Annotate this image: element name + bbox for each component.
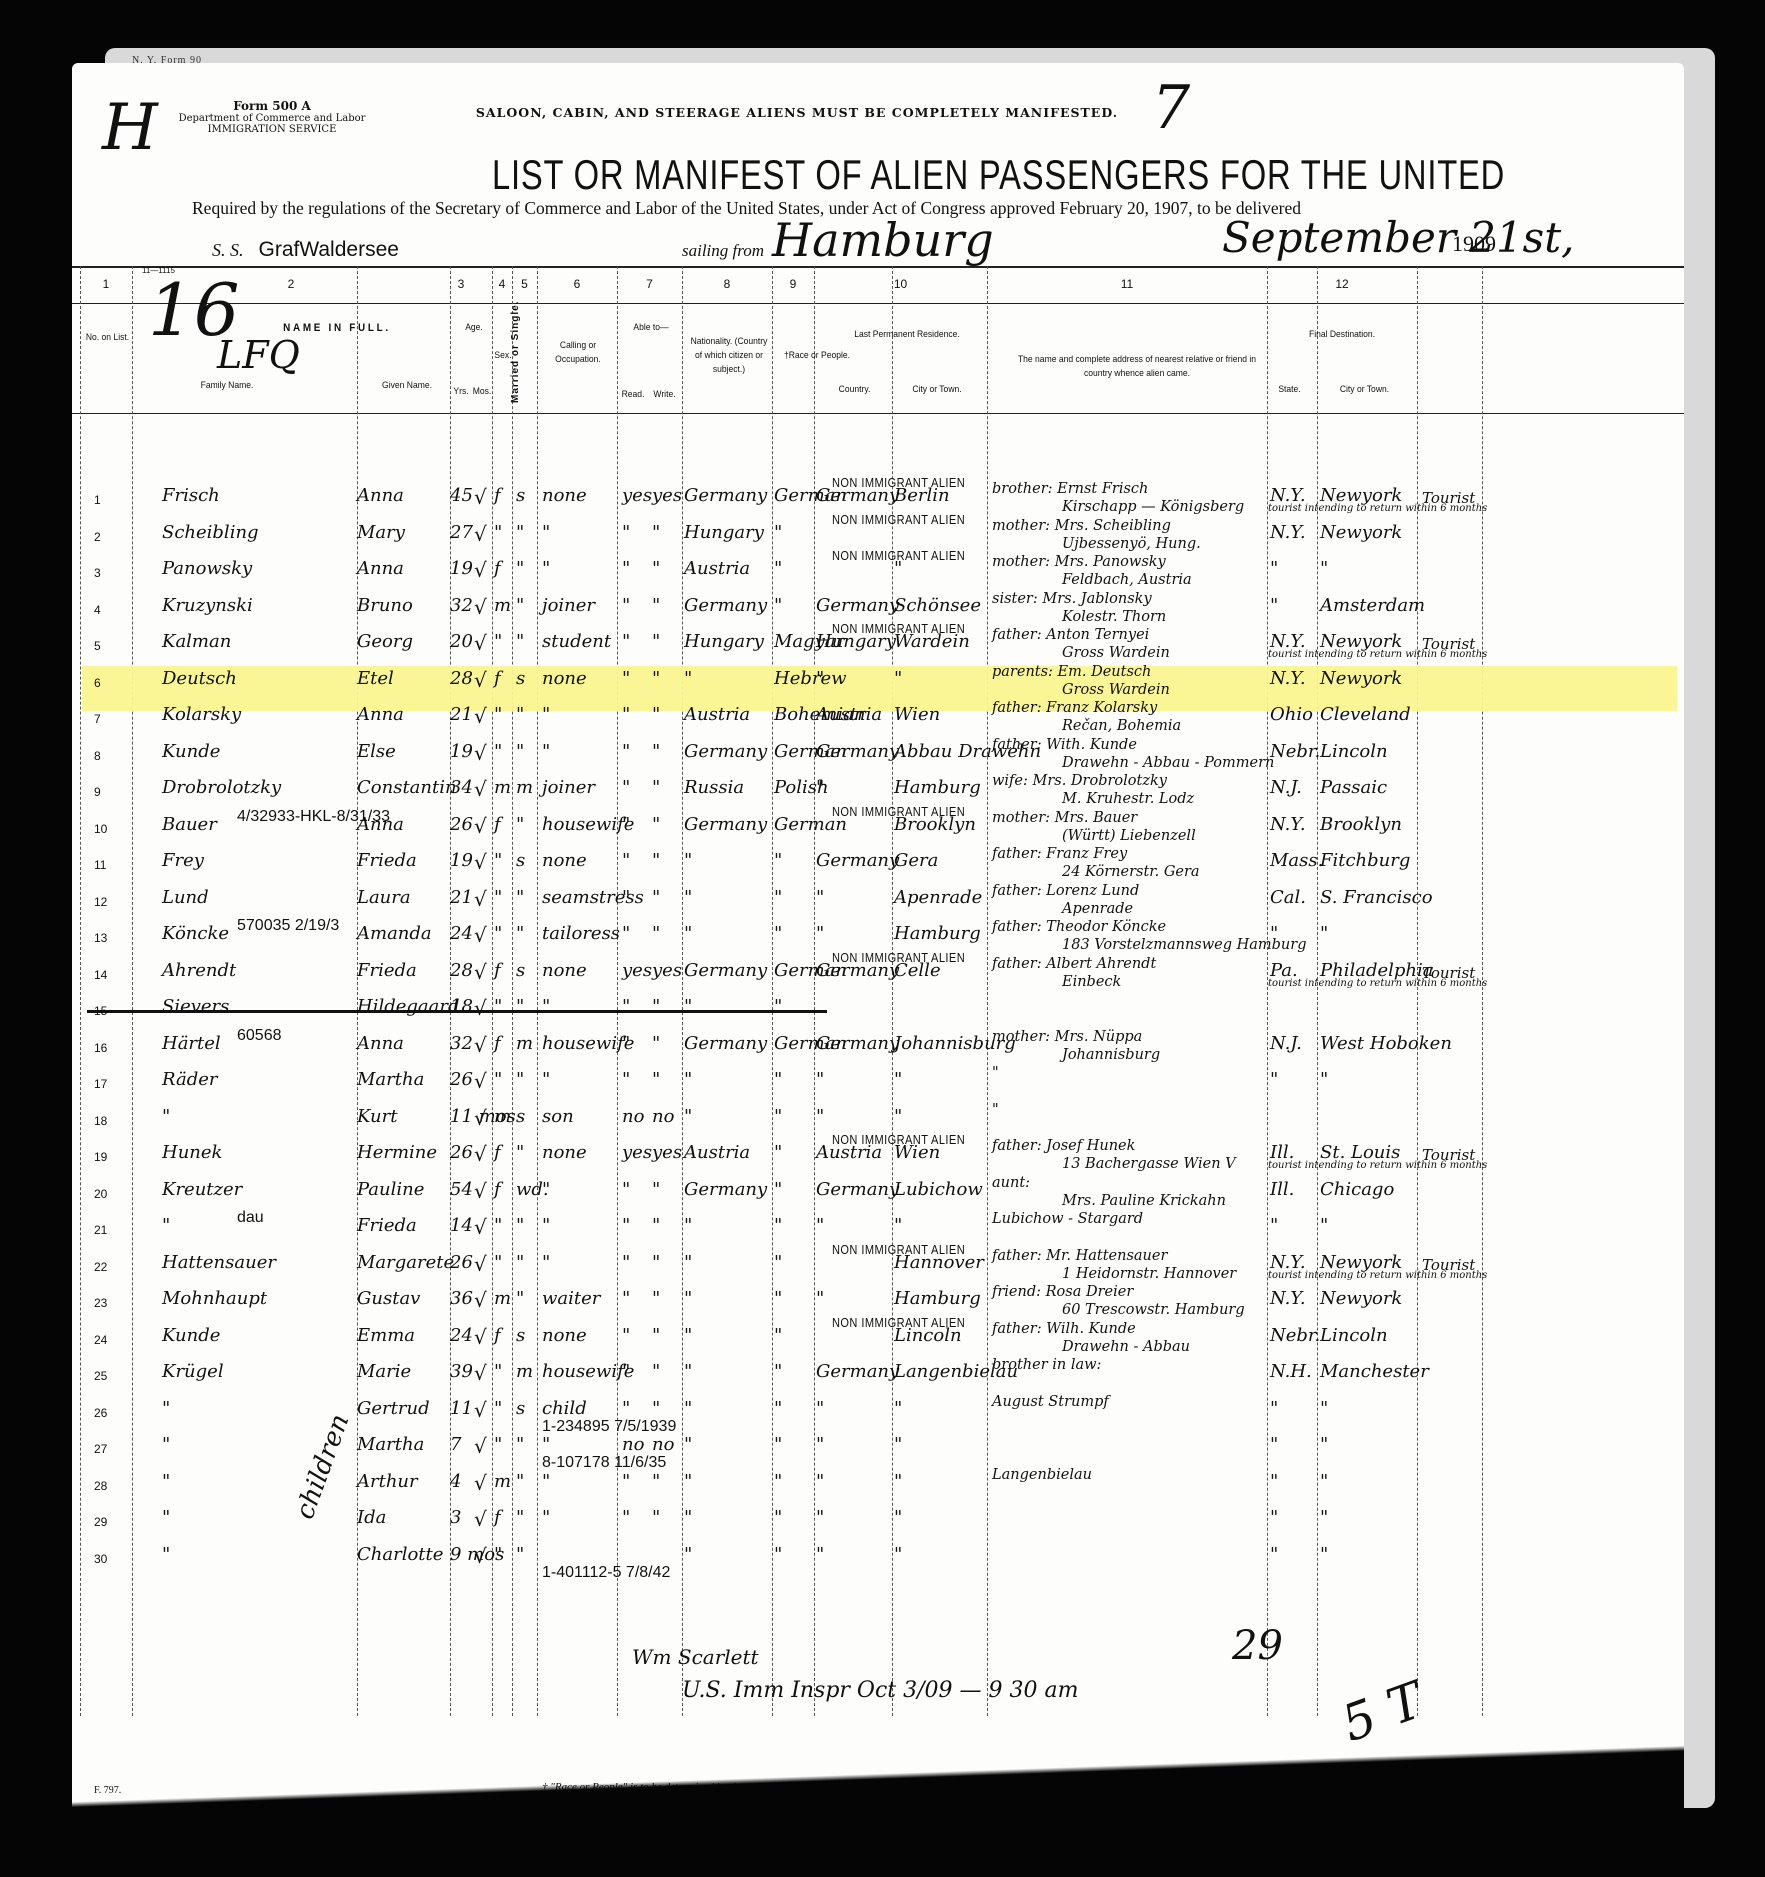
marital-status: " [516, 522, 524, 543]
residence-country: Austria [816, 704, 882, 725]
family-name: Bauer [162, 814, 217, 835]
sex: f [494, 960, 501, 981]
nationality: Hungary [684, 522, 764, 543]
race: " [774, 1544, 782, 1565]
given-name: Laura [357, 887, 411, 908]
family-name: Frisch [162, 485, 220, 506]
marital-status: s [516, 1106, 525, 1127]
non-immigrant-stamp: NON IMMIGRANT ALIEN [832, 548, 965, 563]
sex: " [494, 1544, 502, 1565]
can-write: no [652, 1106, 674, 1127]
check-mark-icon: √ [474, 1215, 487, 1239]
can-read: " [622, 923, 630, 944]
relative-address: Apenrade [1062, 901, 1133, 917]
relative-address: Feldbach, Austria [1062, 572, 1192, 588]
nationality: Hungary [684, 631, 764, 652]
race: " [774, 1325, 782, 1346]
check-mark-icon: √ [474, 1325, 487, 1349]
can-read: yes [622, 485, 652, 506]
relative-address: (Württ) Liebenzell [1062, 828, 1196, 844]
relative-name: father: Albert Ahrendt [992, 956, 1156, 972]
dest-city: Lincoln [1320, 1325, 1388, 1346]
check-mark-icon: √ [474, 595, 487, 619]
corner-mark: H [102, 91, 158, 165]
given-name: Charlotte [357, 1544, 443, 1565]
marital-status: " [516, 1544, 524, 1565]
nationality: " [684, 1288, 692, 1309]
age: 19 [450, 741, 473, 762]
row-number: 9 [94, 785, 101, 799]
record-annotation: 4/32933-HKL-8/31/33 [237, 808, 390, 826]
table-row: 3PanowskyAnna19f""""Austria""""√mother: … [72, 558, 1684, 594]
family-name: Lund [162, 887, 209, 908]
check-mark-icon: √ [474, 1361, 487, 1385]
dest-state: N.Y. [1270, 814, 1306, 835]
row-number: 22 [94, 1260, 107, 1274]
relative-name: Langenbielau [992, 1467, 1092, 1483]
given-name: Frieda [357, 850, 417, 871]
family-name: Kunde [162, 1325, 220, 1346]
race: " [774, 1106, 782, 1127]
marital-status: " [516, 1252, 524, 1273]
table-row: 22HattensauerMargarete26"""""""HannoverN… [72, 1252, 1684, 1288]
header-rule [72, 266, 1684, 268]
dest-city: " [1320, 923, 1328, 944]
non-immigrant-stamp: NON IMMIGRANT ALIEN [832, 1132, 965, 1147]
given-name: Martha [357, 1069, 424, 1090]
occupation: " [542, 704, 550, 725]
can-write: " [652, 1471, 660, 1492]
margin-note: Tourist [1422, 964, 1475, 982]
occupation: tailoress [542, 923, 620, 944]
given-name: Bruno [357, 595, 413, 616]
table-row: 14AhrendtFrieda28fsnoneyesyesGermanyGerm… [72, 960, 1684, 996]
age: 7 [450, 1434, 461, 1455]
age: 4 [450, 1471, 461, 1492]
column-number: 11 [987, 277, 1267, 291]
check-mark-icon: √ [474, 522, 487, 546]
header-nationality: Nationality. (Country of which citizen o… [689, 335, 770, 377]
check-mark-icon: √ [474, 777, 487, 801]
record-annotation: 8-107178 11/6/35 [542, 1454, 666, 1472]
departure-port: Hamburg [772, 213, 994, 267]
dest-city: " [1320, 1069, 1328, 1090]
relative-address: Ujbessenyö, Hung. [1062, 536, 1201, 552]
dest-city: " [1320, 1471, 1328, 1492]
nationality: " [684, 887, 692, 908]
header-no-on-list: No. on List. [83, 331, 133, 345]
marital-status: " [516, 704, 524, 725]
sex: f [494, 1507, 501, 1528]
race: " [774, 558, 782, 579]
footer-note: † "Race or People" is to be determined b… [542, 1781, 1227, 1793]
record-annotation: 1-234895 7/5/1939 [542, 1418, 676, 1436]
can-write: " [652, 741, 660, 762]
header-family-name: Family Name. [169, 379, 286, 393]
race: " [774, 522, 782, 543]
ship-label: S. S. [212, 240, 244, 260]
occupation: none [542, 850, 587, 871]
given-name: Emma [357, 1325, 415, 1346]
check-mark-icon: √ [474, 1033, 487, 1057]
can-write: " [652, 522, 660, 543]
relative-name: brother: Ernst Frisch [992, 481, 1148, 497]
relative-name: father: Franz Frey [992, 846, 1127, 862]
nationality: Germany [684, 960, 767, 981]
marital-status: " [516, 1142, 524, 1163]
residence-country: " [816, 1398, 824, 1419]
dest-state: N.Y. [1270, 668, 1306, 689]
residence-country: " [816, 887, 824, 908]
dest-state: Ill. [1270, 1179, 1294, 1200]
marital-status: " [516, 741, 524, 762]
header-country: Country. [821, 383, 889, 397]
family-name: Hattensauer [162, 1252, 276, 1273]
given-name: Frieda [357, 960, 417, 981]
sex: " [494, 1215, 502, 1236]
given-name: Gertrud [357, 1398, 430, 1419]
can-write: yes [652, 485, 682, 506]
dest-state: N.J. [1270, 777, 1302, 798]
residence-city: Gera [894, 850, 938, 871]
header-yrs: Yrs. [451, 385, 471, 399]
residence-city: Hamburg [894, 777, 981, 798]
margin-note: Tourist [1422, 635, 1475, 653]
given-name: Frieda [357, 1215, 417, 1236]
age: 3 [450, 1507, 461, 1528]
can-write: " [652, 887, 660, 908]
record-annotation: dau [237, 1209, 264, 1227]
residence-city: " [894, 1544, 902, 1565]
residence-city: Schönsee [894, 595, 981, 616]
sex: " [494, 850, 502, 871]
marital-status: s [516, 1325, 525, 1346]
tally-mark: 29 [1232, 1623, 1283, 1669]
family-name: Köncke [162, 923, 229, 944]
can-read: " [622, 1398, 630, 1419]
residence-country: " [816, 1507, 824, 1528]
header-mos: Mos. [471, 385, 493, 399]
given-name: Pauline [357, 1179, 424, 1200]
dest-city: Chicago [1320, 1179, 1394, 1200]
residence-country: Germany [816, 741, 899, 762]
nationality: " [684, 1507, 692, 1528]
residence-city: Hamburg [894, 1288, 981, 1309]
occupation: housewife [542, 1361, 634, 1382]
marital-status: " [516, 1507, 524, 1528]
residence-city: " [894, 1507, 902, 1528]
residence-country: " [816, 777, 824, 798]
check-mark-icon: √ [474, 668, 487, 692]
race: " [774, 1398, 782, 1419]
check-mark-icon: √ [474, 1288, 487, 1312]
dest-city: Amsterdam [1320, 595, 1425, 616]
marital-status: " [516, 814, 524, 835]
table-row: 17RäderMartha26"""""""""""√" [72, 1069, 1684, 1105]
marital-status: s [516, 1398, 525, 1419]
marital-status: m [516, 777, 533, 798]
can-read: " [622, 741, 630, 762]
sex: " [494, 741, 502, 762]
relative-address: 1 Heidornstr. Hannover [1062, 1266, 1236, 1282]
header-final-destination: Final Destination. [1275, 328, 1410, 342]
age: 19 [450, 850, 473, 871]
row-number: 28 [94, 1479, 107, 1493]
row-number: 4 [94, 603, 101, 617]
marital-status: " [516, 1288, 524, 1309]
check-mark-icon: √ [474, 887, 487, 911]
family-name: " [162, 1434, 170, 1455]
table-row: 25KrügelMarie39"mhousewife""""GermanyLan… [72, 1361, 1684, 1397]
form-number: Form 500 A [233, 99, 311, 113]
row-number: 2 [94, 530, 101, 544]
table-row: 7KolarskyAnna21"""""AustriaBohemianAustr… [72, 704, 1684, 740]
occupation: none [542, 485, 587, 506]
given-name: Arthur [357, 1471, 418, 1492]
sex: " [494, 923, 502, 944]
residence-country: Germany [816, 595, 899, 616]
occupation: " [542, 1215, 550, 1236]
table-row: 20KreutzerPauline54fwd."""Germany"German… [72, 1179, 1684, 1215]
header-bottom-rule [72, 413, 1684, 414]
sex: " [494, 1434, 502, 1455]
dest-city: Brooklyn [1320, 814, 1402, 835]
header-able-to: Able to— [623, 321, 679, 335]
race: " [774, 1361, 782, 1382]
manifest-page: N. Y. Form 90 H Form 500 A Department of… [72, 63, 1684, 1823]
sex: " [494, 631, 502, 652]
sex: " [494, 1361, 502, 1382]
residence-city: " [894, 1215, 902, 1236]
sex: " [494, 1069, 502, 1090]
row-number: 13 [94, 931, 107, 945]
required-text: Required by the regulations of the Secre… [192, 198, 1301, 219]
table-row: 11FreyFrieda19"snone""""GermanyGeraMass.… [72, 850, 1684, 886]
nationality: " [684, 668, 692, 689]
relative-name: father: Mr. Hattensauer [992, 1248, 1167, 1264]
row-number: 18 [94, 1114, 107, 1128]
can-write: " [652, 1215, 660, 1236]
column-number: 10 [814, 277, 987, 291]
form-service: IMMIGRATION SERVICE [208, 124, 337, 135]
age: 24 [450, 1325, 473, 1346]
header-read: Read. [619, 388, 648, 402]
table-row: 5KalmanGeorg20""student""HungaryMagyarHu… [72, 631, 1684, 667]
row-number: 21 [94, 1223, 107, 1237]
race: " [774, 595, 782, 616]
relative-name: " [992, 1065, 999, 1081]
column-number-rule [72, 303, 1684, 304]
row-number: 1 [94, 493, 101, 507]
row-number: 5 [94, 639, 101, 653]
nationality: Germany [684, 814, 767, 835]
check-mark-icon: √ [474, 704, 487, 728]
age: 27 [450, 522, 473, 543]
nationality: " [684, 1069, 692, 1090]
can-read: " [622, 1325, 630, 1346]
sex: m [494, 595, 511, 616]
marital-status: m [516, 1033, 533, 1054]
check-mark-icon: √ [474, 741, 487, 765]
row-number: 8 [94, 749, 101, 763]
relative-name: father: Anton Ternyei [992, 627, 1149, 643]
age: 21 [450, 704, 473, 725]
race: " [774, 850, 782, 871]
nationality: " [684, 1471, 692, 1492]
sheet-code: LFQ [217, 333, 300, 377]
row-number: 3 [94, 566, 101, 580]
relative-name: " [992, 1102, 999, 1118]
relative-name: aunt: [992, 1175, 1030, 1191]
residence-country: " [816, 1288, 824, 1309]
occupation: child [542, 1398, 587, 1419]
family-name: Kalman [162, 631, 231, 652]
can-read: " [622, 668, 630, 689]
can-read: no [622, 1434, 644, 1455]
dest-city: Cleveland [1320, 704, 1411, 725]
given-name: Constantin [357, 777, 457, 798]
age: 26 [450, 1142, 473, 1163]
dest-state: Cal. [1270, 887, 1306, 908]
nationality: " [684, 1398, 692, 1419]
record-annotation: 60568 [237, 1027, 282, 1045]
can-read: no [622, 1106, 644, 1127]
can-write: " [652, 1325, 660, 1346]
relative-name: sister: Mrs. Jablonsky [992, 591, 1152, 607]
row-number: 19 [94, 1150, 107, 1164]
row-number: 16 [94, 1041, 107, 1055]
residence-city: Lubichow [894, 1179, 983, 1200]
can-write: yes [652, 1142, 682, 1163]
nationality: Russia [684, 777, 744, 798]
occupation: housewife [542, 814, 634, 835]
can-write: no [652, 1434, 674, 1455]
page-mark: 7 [1152, 73, 1190, 143]
relative-name: mother: Mrs. Bauer [992, 810, 1137, 826]
marital-status: " [516, 996, 524, 1017]
residence-country: " [816, 1544, 824, 1565]
occupation: " [542, 996, 550, 1017]
sex: m [494, 777, 511, 798]
family-name: " [162, 1398, 170, 1419]
family-name: " [162, 1215, 170, 1236]
check-mark-icon: √ [474, 850, 487, 874]
sex: " [494, 522, 502, 543]
given-name: Amanda [357, 923, 432, 944]
relative-name: father: Wilh. Kunde [992, 1321, 1136, 1337]
row-number: 26 [94, 1406, 107, 1420]
header-calling: Calling or Occupation. [544, 339, 612, 367]
sex: f [494, 814, 501, 835]
column-number: 7 [617, 277, 682, 291]
can-read: " [622, 850, 630, 871]
occupation: joiner [542, 595, 595, 616]
dest-state: " [1270, 1544, 1278, 1565]
occupation: son [542, 1106, 574, 1127]
can-write: " [652, 595, 660, 616]
sex: m [494, 1288, 511, 1309]
relative-name: father: Lorenz Lund [992, 883, 1139, 899]
can-read: " [622, 1507, 630, 1528]
occupation: student [542, 631, 611, 652]
occupation: " [542, 1507, 550, 1528]
check-mark-icon: √ [474, 1471, 487, 1495]
family-name: Panowsky [162, 558, 252, 579]
race: " [774, 1179, 782, 1200]
can-write: " [652, 1179, 660, 1200]
dest-state: " [1270, 1215, 1278, 1236]
can-read: yes [622, 960, 652, 981]
can-write: " [652, 1288, 660, 1309]
residence-country: Germany [816, 1179, 899, 1200]
column-number: 12 [1267, 277, 1417, 291]
page-title: LIST OR MANIFEST OF ALIEN PASSENGERS FOR… [492, 151, 1505, 199]
given-name: Martha [357, 1434, 424, 1455]
age: 39 [450, 1361, 473, 1382]
relative-address: Rečan, Bohemia [1062, 718, 1181, 734]
family-name: Hunek [162, 1142, 222, 1163]
inspector-line: U.S. Imm Inspr Oct 3/09 — 9 30 am [682, 1678, 1078, 1703]
top-note: N. Y. Form 90 [132, 55, 202, 66]
given-name: Ida [357, 1507, 386, 1528]
check-mark-icon: √ [474, 1507, 487, 1531]
relative-address: Johannisburg [1062, 1047, 1160, 1063]
given-name: Anna [357, 704, 404, 725]
check-mark-icon: √ [474, 1398, 487, 1422]
can-read: " [622, 1361, 630, 1382]
sex: m [494, 1106, 511, 1127]
given-name: Anna [357, 558, 404, 579]
non-immigrant-stamp: NON IMMIGRANT ALIEN [832, 475, 965, 490]
nationality: " [684, 996, 692, 1017]
can-read: " [622, 704, 630, 725]
occupation: joiner [542, 777, 595, 798]
nationality: " [684, 1215, 692, 1236]
relative-address: Einbeck [1062, 974, 1121, 990]
residence-city: " [894, 668, 902, 689]
relative-name: father: Josef Hunek [992, 1138, 1135, 1154]
can-read: " [622, 1252, 630, 1273]
departure-year: 1909 [1452, 231, 1496, 257]
row-number: 10 [94, 822, 107, 836]
nationality: " [684, 850, 692, 871]
column-number: 9 [772, 277, 814, 291]
sex: f [494, 485, 501, 506]
race: " [774, 1142, 782, 1163]
nationality: Germany [684, 1033, 767, 1054]
non-immigrant-stamp: NON IMMIGRANT ALIEN [832, 1315, 965, 1330]
row-number: 12 [94, 895, 107, 909]
occupation: " [542, 1252, 550, 1273]
family-name: Scheibling [162, 522, 259, 543]
dest-state: Ohio [1270, 704, 1313, 725]
relative-address: 13 Bachergasse Wien V [1062, 1156, 1236, 1172]
sex: m [494, 1471, 511, 1492]
occupation: none [542, 1325, 587, 1346]
relative-name: friend: Rosa Dreier [992, 1284, 1133, 1300]
sex: " [494, 996, 502, 1017]
relative-address: Gross Wardein [1062, 682, 1170, 698]
table-row: 10BauerAnna26f"housewife""GermanyGermanB… [72, 814, 1684, 850]
family-name: Kruzynski [162, 595, 253, 616]
dest-city: West Hoboken [1320, 1033, 1452, 1054]
check-mark-icon: √ [474, 1252, 487, 1276]
record-annotation: 570035 2/19/3 [237, 917, 339, 935]
form-number-block: Form 500 A Department of Commerce and La… [172, 101, 372, 135]
can-read: yes [622, 1142, 652, 1163]
marital-status: " [516, 887, 524, 908]
sex: " [494, 1252, 502, 1273]
